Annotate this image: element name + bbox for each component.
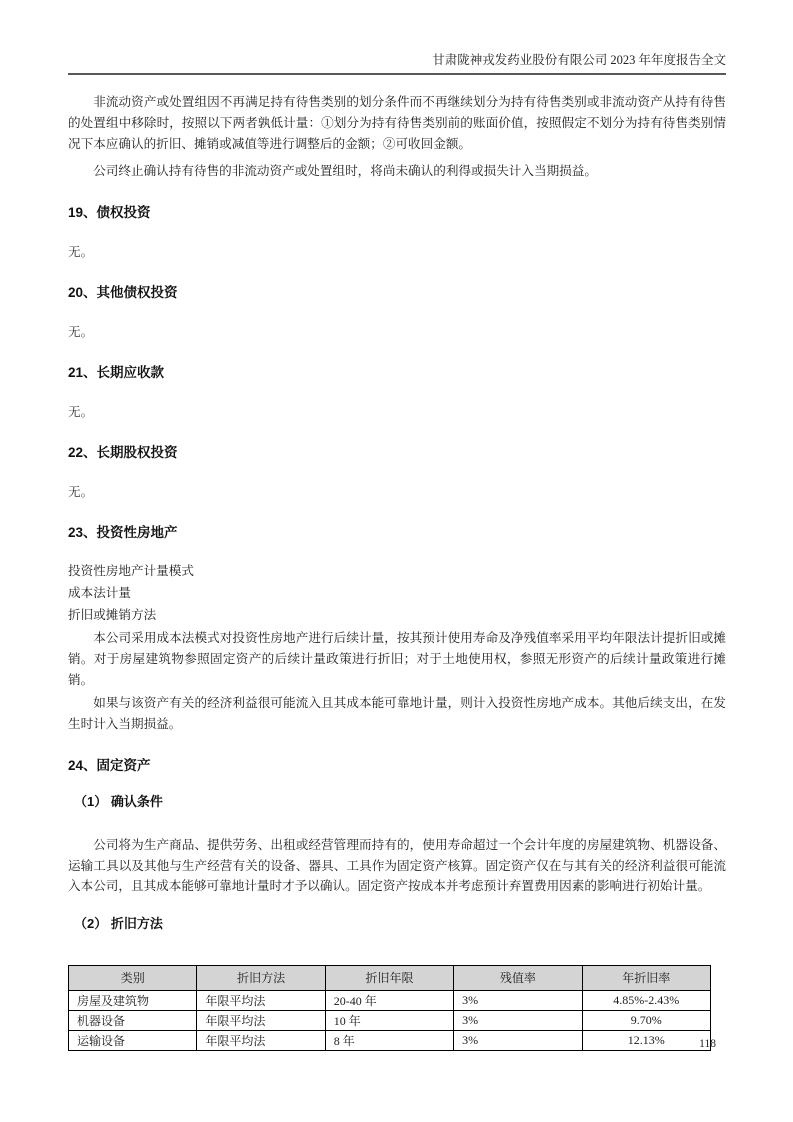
section-24-sub-2-heading: （2） 折旧方法	[74, 915, 726, 933]
cell-method: 年限平均法	[197, 1030, 325, 1050]
section-22-heading: 22、长期股权投资	[68, 444, 726, 462]
section-19-text: 无。	[68, 242, 726, 262]
cell-method: 年限平均法	[197, 1010, 325, 1030]
table-row: 运输设备 年限平均法 8 年 3% 12.13%	[69, 1030, 711, 1050]
cell-method: 年限平均法	[197, 990, 325, 1010]
cell-category: 房屋及建筑物	[69, 990, 197, 1010]
cell-residual-rate: 3%	[454, 1010, 582, 1030]
table-header-method: 折旧方法	[197, 965, 325, 990]
section-24-sub-1-paragraph: 公司将为生产商品、提供劳务、出租或经营管理而持有的，使用寿命超过一个会计年度的房…	[68, 835, 726, 897]
depreciation-table-head: 类别 折旧方法 折旧年限 残值率 年折旧率	[69, 965, 711, 990]
depreciation-table: 类别 折旧方法 折旧年限 残值率 年折旧率 房屋及建筑物 年限平均法 20-40…	[68, 965, 711, 1051]
section-24-sub-1-heading: （1） 确认条件	[74, 793, 726, 811]
section-21-text: 无。	[68, 402, 726, 422]
section-22-text: 无。	[68, 482, 726, 502]
section-23-line-depreciation-method: 折旧或摊销方法	[68, 604, 726, 626]
section-20-text: 无。	[68, 322, 726, 342]
section-23-line-measurement-mode: 投资性房地产计量模式	[68, 560, 726, 582]
cell-years: 20-40 年	[325, 990, 453, 1010]
table-header-annual-rate: 年折旧率	[582, 965, 710, 990]
report-page: 甘肃陇神戎发药业股份有限公司 2023 年年度报告全文 非流动资产或处置组因不再…	[0, 0, 793, 1122]
section-23-paragraph-2: 如果与该资产有关的经济利益很可能流入且其成本能可靠地计量，则计入投资性房地产成本…	[68, 693, 726, 735]
cell-residual-rate: 3%	[454, 1030, 582, 1050]
table-row: 机器设备 年限平均法 10 年 3% 9.70%	[69, 1010, 711, 1030]
depreciation-table-body: 房屋及建筑物 年限平均法 20-40 年 3% 4.85%-2.43% 机器设备…	[69, 990, 711, 1050]
cell-years: 8 年	[325, 1030, 453, 1050]
table-header-residual-rate: 残值率	[454, 965, 582, 990]
cell-category: 机器设备	[69, 1010, 197, 1030]
table-header-row: 类别 折旧方法 折旧年限 残值率 年折旧率	[69, 965, 711, 990]
cell-annual-rate: 12.13%	[582, 1030, 710, 1050]
page-number: 118	[699, 1038, 716, 1050]
section-23-heading: 23、投资性房地产	[68, 524, 726, 542]
cell-annual-rate: 9.70%	[582, 1010, 710, 1030]
section-23-line-cost-method: 成本法计量	[68, 582, 726, 604]
page-content: 甘肃陇神戎发药业股份有限公司 2023 年年度报告全文 非流动资产或处置组因不再…	[68, 0, 726, 1051]
cell-residual-rate: 3%	[454, 990, 582, 1010]
intro-paragraph-2: 公司终止确认持有待售的非流动资产或处置组时，将尚未确认的利得或损失计入当期损益。	[68, 161, 726, 182]
section-19-heading: 19、债权投资	[68, 204, 726, 222]
table-row: 房屋及建筑物 年限平均法 20-40 年 3% 4.85%-2.43%	[69, 990, 711, 1010]
cell-category: 运输设备	[69, 1030, 197, 1050]
intro-paragraph-1: 非流动资产或处置组因不再满足持有待售类别的划分条件而不再继续划分为持有待售类别或…	[68, 92, 726, 155]
section-21-heading: 21、长期应收款	[68, 364, 726, 382]
cell-annual-rate: 4.85%-2.43%	[582, 990, 710, 1010]
section-20-heading: 20、其他债权投资	[68, 284, 726, 302]
section-24-heading: 24、固定资产	[68, 757, 726, 775]
section-23-paragraph-1: 本公司采用成本法模式对投资性房地产进行后续计量，按其预计使用寿命及净残值率采用平…	[68, 628, 726, 691]
table-header-category: 类别	[69, 965, 197, 990]
header-title: 甘肃陇神戎发药业股份有限公司 2023 年年度报告全文	[68, 52, 726, 75]
table-header-years: 折旧年限	[325, 965, 453, 990]
cell-years: 10 年	[325, 1010, 453, 1030]
